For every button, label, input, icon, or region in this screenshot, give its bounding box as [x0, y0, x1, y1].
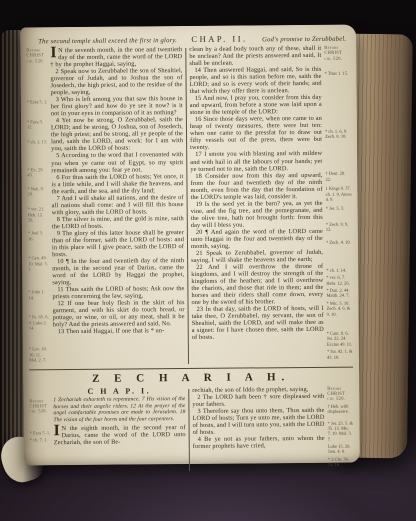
margin-note: Before CHRIST cir. 520. — [327, 385, 353, 401]
verse: 4 Be ye not as your fathers, unto whom t… — [193, 435, 325, 450]
margin-note: * Cant. 8. 6. Jer. 22. 24. Ecclus 49. 11… — [327, 331, 353, 347]
margin-note: * Ps. 85. 8, 9. Luke 2. 14. — [29, 314, 50, 330]
haggai-right-column: clean by a dead body touch any of these,… — [189, 45, 324, 364]
verse: 16 Since those days were, when one came … — [190, 115, 322, 151]
verse: 2 Speak now to Zerubbabel the son of She… — [50, 67, 182, 96]
running-head-right: God's promise to Zerubbabel. — [262, 36, 346, 44]
verse: 23 In that day, saith the LORD of hosts,… — [192, 305, 324, 341]
right-margin-notes: Before CHRIST cir. 520. * Titus 1. 15. *… — [324, 45, 353, 363]
verse: 22 And I will overthrow the throne of ki… — [191, 263, 323, 306]
margin-note: Before CHRIST cir. 520. — [324, 45, 350, 61]
verse: 21 Speak to Zerubbabel, governor of Juda… — [191, 249, 323, 264]
verse: 7 And I will shake all nations, and the … — [52, 194, 184, 216]
verse: 4 Yet now be strong, O Zerubbabel, saith… — [51, 116, 183, 152]
chapter-title: CHAP. II. — [191, 33, 247, 43]
column-divider — [185, 48, 189, 364]
margin-note: * Titus 1. 15. — [324, 71, 350, 77]
margin-note: * Jer. 5. 3. — [326, 206, 352, 212]
zech-right-column: rechiah, the son of Iddo the prophet, sa… — [192, 385, 325, 470]
margin-note: * John 1. 14. — [28, 290, 49, 301]
verse-text: N the seventh month, in the one and twen… — [50, 46, 182, 68]
bible-page: The second temple shall exceed the first… — [20, 25, 360, 466]
verse: 14 Then answered Haggai, and said, So is… — [189, 66, 321, 95]
margin-note: * Neh. 9. 20. — [27, 186, 48, 197]
book-title-zechariah: Z E C H A R I A H. — [27, 370, 355, 385]
verse: 8 The silver is mine, and the gold is mi… — [52, 215, 184, 230]
zech-right-margin: Before CHRIST cir. 520. † Heb. with disp… — [327, 385, 354, 469]
margin-note: * Ezra 5. 1. — [30, 430, 51, 436]
margin-note: * Zech. 8. 9, 12. — [326, 221, 352, 232]
margin-note: * Dan. 2. 44. Matth. 24. 7. — [326, 288, 352, 299]
column-divider — [188, 389, 190, 471]
margin-note: † Deut. 28. 22. — [325, 171, 351, 182]
haggai-section: Before CHRIST cir. 520. * Ezra 5. 1. * E… — [24, 45, 355, 365]
margin-note: * Joel 3. 16. — [28, 231, 49, 242]
zech-left-column: C H A P. I. 1 Zechariah exhorteth to rep… — [53, 387, 186, 472]
verse: clean by a dead body touch any of these,… — [189, 45, 321, 67]
verse: 3 Who is left among you that saw this ho… — [51, 95, 183, 117]
verse: 12 If one bear holy flesh in the skirt o… — [52, 299, 184, 328]
verse: 3 Therefore say thou unto them, Thus sai… — [192, 406, 324, 435]
margin-note: * Lev. 10. 10, 11. Mal. 2. 7. — [29, 347, 50, 363]
verse: 18 Consider now from this day and upward… — [190, 171, 322, 200]
verse: 15 And now, I pray you, consider from th… — [190, 94, 322, 116]
drop-cap: I — [54, 425, 62, 438]
margin-note: * Ezra 3. 12. — [27, 119, 48, 130]
verse-text: N the eighth month, in the second year o… — [54, 424, 186, 446]
verse: 17 I smote you with blasting and with mi… — [190, 150, 322, 172]
drop-cap: I — [50, 47, 58, 60]
margin-note: † Heb. with displeasure. — [327, 403, 353, 414]
margin-note: * 2 Chr. 36. 15, 16. — [328, 456, 354, 467]
zechariah-section: Z E C H A R I A H. Before CHRIST cir. 52… — [27, 370, 356, 472]
chapter-summary: 1 Zechariah exhorteth to repentance. 7 H… — [53, 396, 185, 423]
margin-note: Luke 15. 20. Jam. 4. 8. — [328, 444, 354, 455]
margin-note: Before CHRIST cir. 520. — [29, 398, 50, 414]
margin-note: * Ezra 5. 1. — [27, 99, 48, 105]
verse: IN the seventh month, in the one and twe… — [50, 46, 182, 68]
margin-note: * Jer. 25. 5. & 35. 15. Mic. 7. 19. Mal.… — [328, 420, 354, 442]
margin-note: * ver. 21. Heb. 12. 26. — [28, 207, 49, 223]
margin-note: * Zech. 4. 10. — [326, 240, 352, 246]
photo-background: The second temple shall exceed the first… — [0, 0, 416, 521]
margin-note: * ch. 7. 1. — [30, 437, 51, 443]
verse: 9 The glory of this latter house shall b… — [52, 229, 184, 258]
margin-note: * ch. 1. 6, 9. Zech. 8. 10. — [325, 128, 351, 139]
verse: 6 For thus saith the LORD of hosts; Yet … — [51, 173, 183, 195]
margin-note: * ch. 1. 13. — [27, 140, 48, 146]
margin-note: * Mic. 5. 10. Zech. 4. 6. & 9. 10. — [326, 300, 352, 316]
margin-note: * ch. 1. 14. — [326, 267, 352, 273]
margin-note: * Gen. 49. 10. Mal. 3. 1. — [28, 255, 49, 271]
left-margin-notes: Before CHRIST cir. 520. * Ezra 5. 1. * E… — [26, 47, 50, 365]
verse: 13 Then said Haggai, If one that is * un… — [53, 327, 185, 335]
running-head-left: The second temple shall exceed the first… — [38, 37, 177, 45]
section-rule — [29, 366, 353, 370]
margin-note: * Ex. 29. 45. — [27, 167, 48, 178]
verse: 10 ¶ In the four and twentieth day of th… — [52, 257, 184, 286]
verse: 19 Is the seed yet in the barn? yea, as … — [191, 200, 323, 229]
verse: 20 ¶ And again the word of the LORD came… — [191, 228, 323, 250]
margin-note: * ver. 6, 7. Hebr. 12. 26. — [326, 275, 352, 286]
margin-note: 1 Kings 8. 37. ch. 1. 9. Amos 4. 9. — [325, 186, 351, 202]
verse: 2 The LORD hath been † sore displeased w… — [192, 392, 324, 407]
haggai-left-column: IN the seventh month, in the one and twe… — [50, 46, 185, 365]
chapter-heading: C H A P. I. — [53, 387, 185, 397]
zech-left-margin: Before CHRIST cir. 520. * Ezra 5. 1. * c… — [29, 388, 51, 472]
margin-note: * Isa. 42. 1. & 43. 10. — [327, 349, 353, 360]
verse: IN the eighth month, in the second year … — [54, 424, 186, 446]
margin-note: Before CHRIST cir. 520. — [26, 47, 47, 63]
verse: 11 Thus saith the LORD of hosts; Ask now… — [52, 285, 184, 300]
verse: 5 According to the word that I covenante… — [51, 152, 183, 174]
